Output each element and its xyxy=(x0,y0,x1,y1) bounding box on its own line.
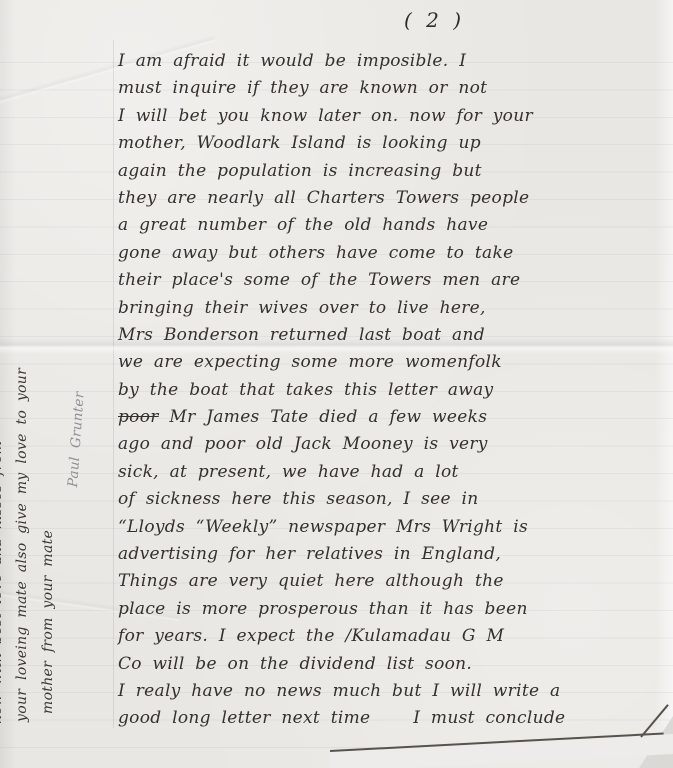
letter-line: for years. I expect the /Kulamadau G M xyxy=(118,623,670,650)
line-text: sick, at present, we have had a lot xyxy=(118,462,459,482)
letter-line: by the boat that takes this letter away xyxy=(118,377,670,404)
line-text: Co will be on the dividend list soon. xyxy=(118,654,472,674)
letter-line: their place's some of the Towers men are xyxy=(118,267,670,294)
letter-line: mother, Woodlark Island is looking up xyxy=(118,130,670,157)
letter-line: sick, at present, we have had a lot xyxy=(118,459,670,486)
page-number: ( 2 ) xyxy=(404,8,465,32)
line-text: I realy have no news much but I will wri… xyxy=(118,681,560,701)
letter-line: I realy have no news much but I will wri… xyxy=(118,678,670,705)
letter-line: advertising for her relatives in England… xyxy=(118,541,670,568)
letter-line: poor Mr James Tate died a few weeks xyxy=(118,404,670,431)
letter-line: “Lloyds “Weekly” newspaper Mrs Wright is xyxy=(118,514,670,541)
line-text: we are expecting some more womenfolk xyxy=(118,352,502,372)
letter-page: ( 2 ) I am afraid it would be imposible.… xyxy=(0,0,673,768)
letter-line: they are nearly all Charters Towers peop… xyxy=(118,185,670,212)
letter-line: Co will be on the dividend list soon. xyxy=(118,651,670,678)
line-text: I am afraid it would be imposible. I xyxy=(118,51,466,71)
line-text: by the boat that takes this letter away xyxy=(118,380,493,400)
line-text: mother, Woodlark Island is looking up xyxy=(118,133,481,153)
letter-line: good long letter next time I must conclu… xyxy=(118,705,670,732)
letter-line: bringing their wives over to live here, xyxy=(118,295,670,322)
line-text: advertising for her relatives in England… xyxy=(118,544,501,564)
line-text: they are nearly all Charters Towers peop… xyxy=(118,188,529,208)
line-text: Things are very quiet here although the xyxy=(118,571,504,591)
line-text: Mr James Tate died a few weeks xyxy=(159,407,488,427)
line-text: place is more prosperous than it has bee… xyxy=(118,599,528,619)
struck-word: poor xyxy=(118,407,159,427)
line-text: for years. I expect the /Kulamadau G M xyxy=(118,626,504,646)
letter-line: I will bet you know later on. now for yo… xyxy=(118,103,670,130)
letter-line: gone away but others have come to take xyxy=(118,240,670,267)
line-text: Mrs Bonderson returned last boat and xyxy=(118,325,485,345)
letter-line: Mrs Bonderson returned last boat and xyxy=(118,322,670,349)
margin-rule-line xyxy=(113,40,114,728)
margin-note-line-3: mother from your mate xyxy=(37,462,59,714)
line-text: of sickness here this season, I see in xyxy=(118,489,479,509)
line-text: must inquire if they are known or not xyxy=(118,78,487,98)
line-text: good long letter next time I must conclu… xyxy=(118,708,565,728)
margin-note-line-1: now with best love and kisses from xyxy=(0,304,8,724)
letter-line: Things are very quiet here although the xyxy=(118,568,670,595)
letter-line: again the population is increasing but xyxy=(118,158,670,185)
line-text: bringing their wives over to live here, xyxy=(118,298,486,318)
line-text: ago and poor old Jack Mooney is very xyxy=(118,434,488,454)
paper-below-edge xyxy=(330,734,673,768)
letter-line: must inquire if they are known or not xyxy=(118,75,670,102)
letter-line: we are expecting some more womenfolk xyxy=(118,349,670,376)
line-text: I will bet you know later on. now for yo… xyxy=(118,106,533,126)
margin-note-line-2: your loveing mate also give my love to y… xyxy=(11,310,33,722)
letter-line: of sickness here this season, I see in xyxy=(118,486,670,513)
letter-line: a great number of the old hands have xyxy=(118,212,670,239)
letter-line: ago and poor old Jack Mooney is very xyxy=(118,431,670,458)
letter-line: I am afraid it would be imposible. I xyxy=(118,48,670,75)
line-text: gone away but others have come to take xyxy=(118,243,513,263)
line-text: a great number of the old hands have xyxy=(118,215,488,235)
letter-line: place is more prosperous than it has bee… xyxy=(118,596,670,623)
line-text: again the population is increasing but xyxy=(118,161,482,181)
letter-body: I am afraid it would be imposible. Imust… xyxy=(118,48,670,733)
line-text: “Lloyds “Weekly” newspaper Mrs Wright is xyxy=(118,517,528,537)
line-text: their place's some of the Towers men are xyxy=(118,270,520,290)
